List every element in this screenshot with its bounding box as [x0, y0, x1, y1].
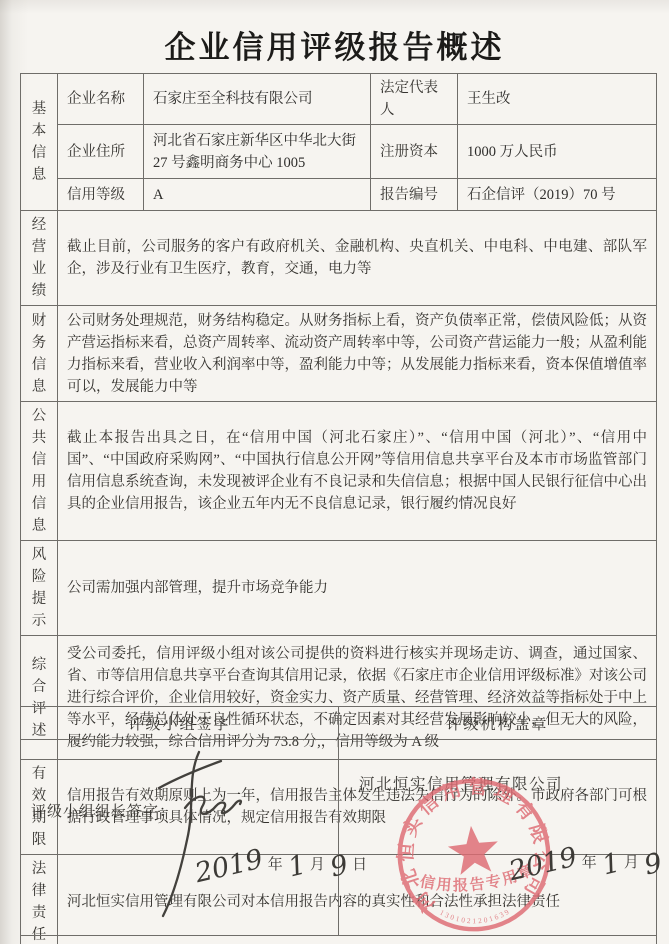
field-label-report-no: 报告编号	[371, 179, 458, 211]
agency-stamp-cell: 河北恒实信用管理有限公司 河北恒实信用管理有限公司	[339, 740, 657, 936]
signature-table: 评级小组签字 评级机构盖章 评级小组组长签字： 2019年1月9日 河北恒实信用…	[20, 706, 657, 936]
section-text: 截止目前，公司服务的客户有政府机关、金融机构、央直机关、中电科、中电建、部队军企…	[58, 211, 657, 306]
field-value-address: 河北省石家庄新华区中华北大街 27 号鑫明商务中心 1005	[144, 125, 371, 179]
field-label-credit-grade: 信用等级	[58, 179, 144, 211]
agency-seal-header: 评级机构盖章	[339, 707, 657, 740]
table-row: 企业住所 河北省石家庄新华区中华北大街 27 号鑫明商务中心 1005 注册资本…	[21, 125, 657, 179]
section-text: 公司需加强内部管理，提升市场竞争能力	[58, 541, 657, 636]
table-row: 评级小组签字 评级机构盖章	[21, 707, 657, 740]
section-label: 经营业绩	[21, 211, 58, 306]
field-label-legal-rep: 法定代表人	[371, 74, 458, 125]
field-label-company-name: 企业名称	[58, 74, 144, 125]
section-row-risk: 风险提示 公司需加强内部管理，提升市场竞争能力	[21, 541, 657, 636]
section-label: 风险提示	[21, 541, 58, 636]
month-unit: 月	[624, 855, 639, 871]
handwritten-month: 1	[599, 847, 623, 881]
section-text: 公司财务处理规范，财务结构稳定。从财务指标上看，资产负债率正常，偿债风险低；从资…	[58, 306, 657, 402]
section-label: 财务信息	[21, 306, 58, 402]
agency-sign-date: 2019年1月9日	[507, 846, 669, 877]
handwritten-month: 1	[285, 849, 309, 883]
basic-section-label: 基本信息	[21, 74, 58, 211]
year-unit: 年	[582, 855, 597, 871]
handwritten-day: 9	[641, 847, 665, 881]
table-row: 基本信息 企业名称 石家庄至全科技有限公司 法定代表人 王生改	[21, 74, 657, 125]
field-value-capital: 1000 万人民币	[458, 125, 657, 179]
section-label: 公共信用信息	[21, 402, 58, 541]
field-value-credit-grade: A	[144, 179, 371, 211]
section-text: 截止本报告出具之日，在“信用中国（河北石家庄）”、“信用中国（河北）”、“信用中…	[58, 402, 657, 541]
team-leader-signature-cell: 评级小组组长签字： 2019年1月9日	[21, 740, 339, 936]
field-label-address: 企业住所	[58, 125, 144, 179]
rating-team-signature-header: 评级小组签字	[21, 707, 339, 740]
handwritten-signature	[147, 744, 259, 924]
section-row-business: 经营业绩 截止目前，公司服务的客户有政府机关、金融机构、央直机关、中电科、中电建…	[21, 211, 657, 306]
section-row-finance: 财务信息 公司财务处理规范，财务结构稳定。从财务指标上看，资产负债率正常，偿债风…	[21, 306, 657, 402]
seal-star-icon	[446, 823, 501, 876]
field-value-company-name: 石家庄至全科技有限公司	[144, 74, 371, 125]
field-label-capital: 注册资本	[371, 125, 458, 179]
section-row-public-credit: 公共信用信息 截止本报告出具之日，在“信用中国（河北石家庄）”、“信用中国（河北…	[21, 402, 657, 541]
table-row: 信用等级 A 报告编号 石企信评（2019）70 号	[21, 179, 657, 211]
field-value-report-no: 石企信评（2019）70 号	[458, 179, 657, 211]
year-unit: 年	[268, 857, 283, 873]
field-value-legal-rep: 王生改	[458, 74, 657, 125]
page-title: 企业信用评级报告概述	[0, 22, 669, 67]
month-unit: 月	[310, 857, 325, 873]
table-row: 评级小组组长签字： 2019年1月9日 河北恒实信用管理有限公司	[21, 740, 657, 936]
